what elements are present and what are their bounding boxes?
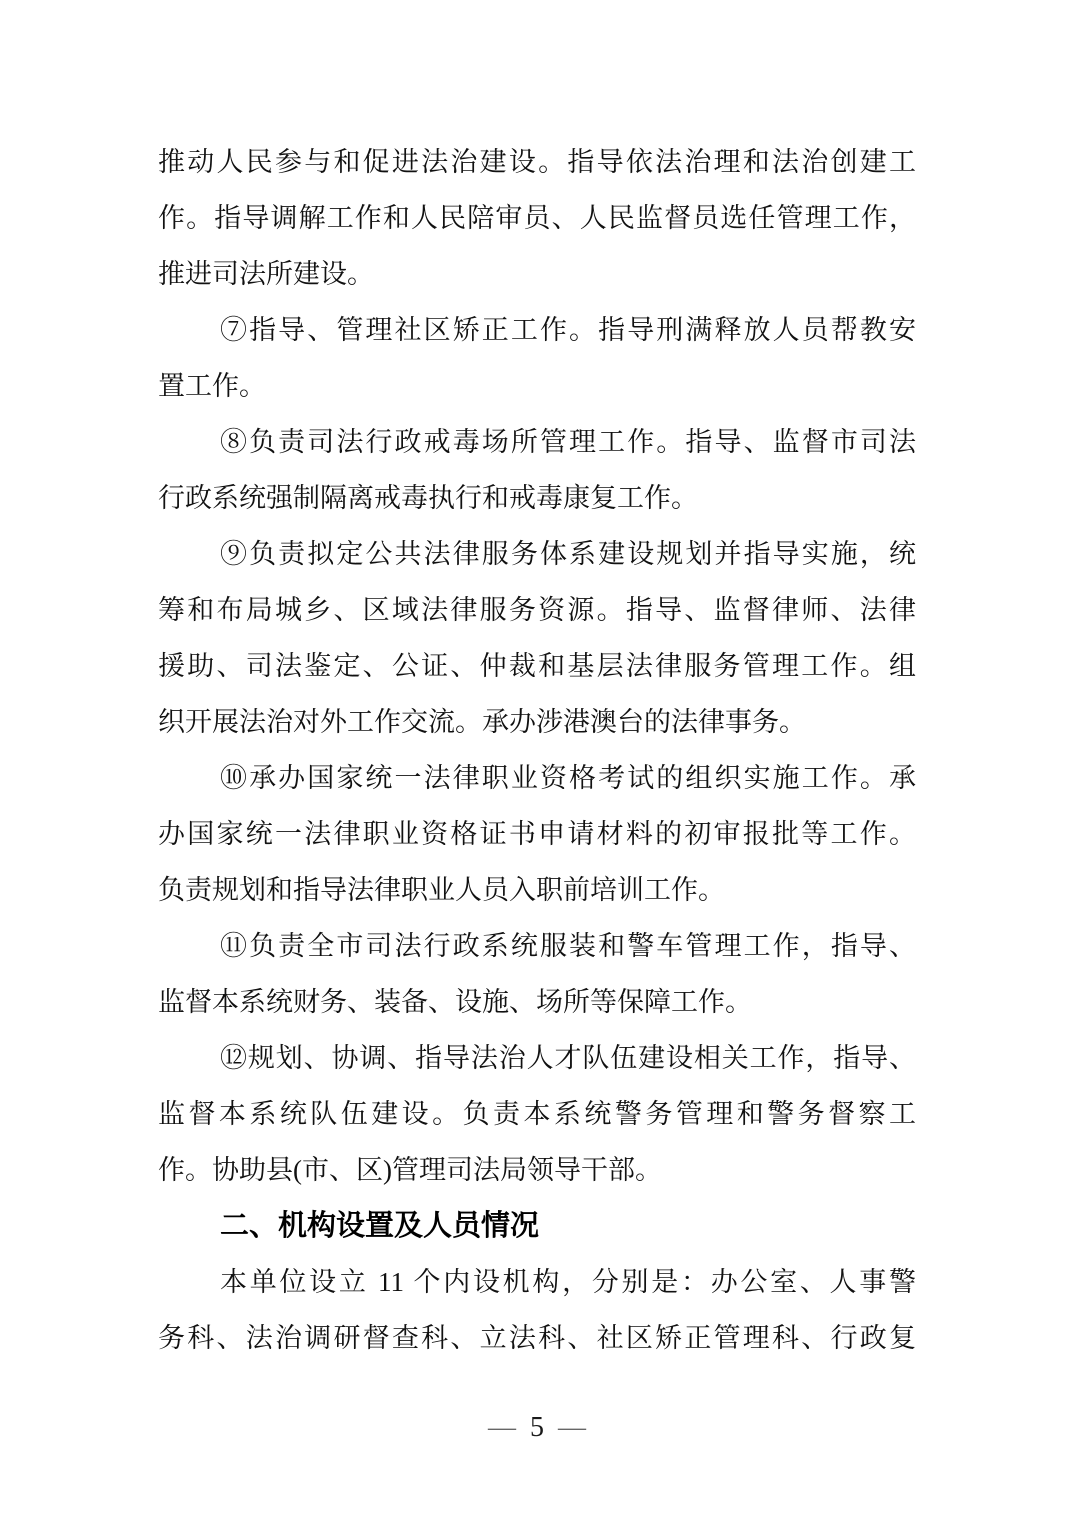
text-line: 推进司法所建设。	[158, 246, 916, 302]
text-line: 推动人民参与和促进法治建设。指导依法治理和法治创建工	[158, 134, 916, 190]
text-line: ⑧负责司法行政戒毒场所管理工作。指导、监督市司法	[158, 414, 916, 470]
footer-dash-right: —	[544, 1412, 600, 1443]
document-body: 推动人民参与和促进法治建设。指导依法治理和法治创建工作。指导调解工作和人民陪审员…	[158, 134, 916, 1366]
text-line: 监督本系统财务、装备、设施、场所等保障工作。	[158, 974, 916, 1030]
footer-dash-left: —	[474, 1412, 530, 1443]
text-line: 行政系统强制隔离戒毒执行和戒毒康复工作。	[158, 470, 916, 526]
text-line: 筹和布局城乡、区域法律服务资源。指导、监督律师、法律	[158, 582, 916, 638]
text-line: ⑫规划、协调、指导法治人才队伍建设相关工作，指导、	[158, 1030, 916, 1086]
text-line: 作。指导调解工作和人民陪审员、人民监督员选任管理工作，	[158, 190, 916, 246]
section-heading: 二、机构设置及人员情况	[158, 1198, 916, 1254]
text-line: 务科、法治调研督查科、立法科、社区矫正管理科、行政复	[158, 1310, 916, 1366]
text-line: 置工作。	[158, 358, 916, 414]
text-line: ⑪负责全市司法行政系统服装和警车管理工作，指导、	[158, 918, 916, 974]
text-line: 监督本系统队伍建设。负责本系统警务管理和警务督察工	[158, 1086, 916, 1142]
text-line: 作。协助县(市、区)管理司法局领导干部。	[158, 1142, 916, 1198]
text-line: ⑨负责拟定公共法律服务体系建设规划并指导实施，统	[158, 526, 916, 582]
text-line: 负责规划和指导法律职业人员入职前培训工作。	[158, 862, 916, 918]
text-line: 本单位设立 11 个内设机构，分别是：办公室、人事警	[158, 1254, 916, 1310]
page-number: 5	[530, 1412, 544, 1443]
text-line: 援助、司法鉴定、公证、仲裁和基层法律服务管理工作。组	[158, 638, 916, 694]
text-line: ⑦指导、管理社区矫正工作。指导刑满释放人员帮教安	[158, 302, 916, 358]
document-page: 推动人民参与和促进法治建设。指导依法治理和法治创建工作。指导调解工作和人民陪审员…	[0, 0, 1074, 1520]
text-line: 办国家统一法律职业资格证书申请材料的初审报批等工作。	[158, 806, 916, 862]
page-footer: —5—	[0, 1400, 1074, 1456]
text-line: 织开展法治对外工作交流。承办涉港澳台的法律事务。	[158, 694, 916, 750]
text-line: ⑩承办国家统一法律职业资格考试的组织实施工作。承	[158, 750, 916, 806]
